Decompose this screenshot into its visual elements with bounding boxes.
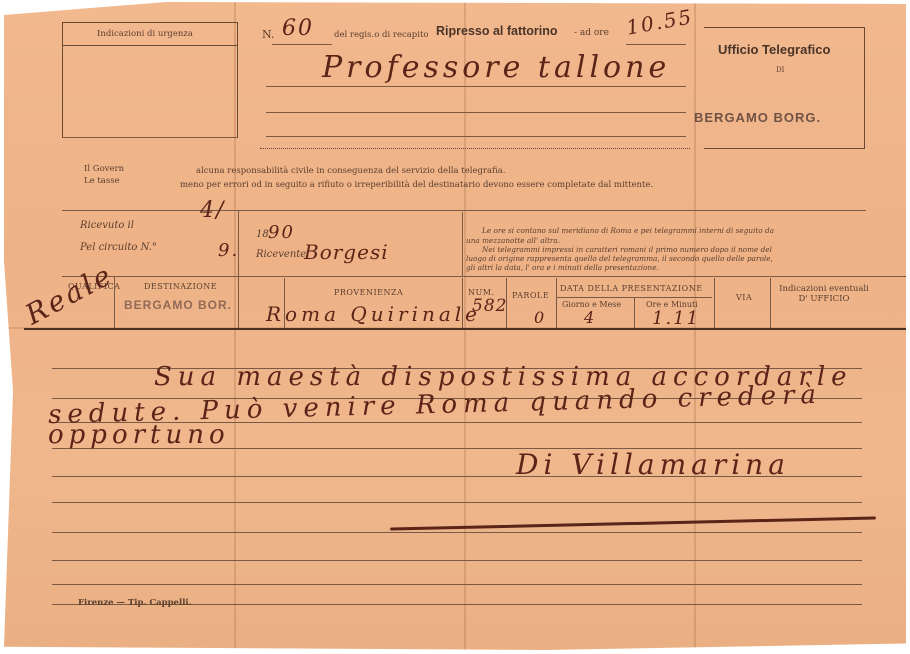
col-provenienza: PROVENIENZA: [334, 288, 403, 297]
col-via: VIA: [736, 293, 752, 302]
rule: [770, 278, 771, 328]
rule: [714, 278, 715, 328]
giorno-value: 4: [584, 308, 596, 327]
fold-line: [464, 2, 466, 650]
urgency-box: Indicazioni di urgenza: [62, 22, 238, 138]
rule: [626, 44, 686, 45]
message-line: [52, 502, 862, 503]
rule: [62, 137, 238, 138]
office-title: Ufficio Telegrafico: [718, 42, 830, 57]
message-line: [52, 532, 862, 533]
received-value: 4/: [200, 198, 225, 223]
col-destinazione: DESTINAZIONE: [144, 282, 217, 291]
provenienza-value: Roma Quirinale: [266, 302, 481, 326]
qualifica-value: Reale: [20, 258, 119, 332]
col-indicazioni: Indicazioni eventuali D' UFFICIO: [774, 284, 874, 304]
rule: [238, 276, 239, 328]
year-prefix: 18: [256, 229, 269, 240]
delivery-hour-label: - ad ore: [574, 28, 609, 38]
received-label: Ricevuto il: [80, 220, 134, 231]
rule: [506, 278, 507, 328]
rule: [62, 276, 910, 277]
rule: [24, 328, 910, 330]
delivery-label: Ripresso al fattorino: [436, 24, 558, 38]
address-line: [266, 136, 686, 137]
rule: [634, 297, 635, 328]
note-line: Nei telegrammi impressi in caratteri rom…: [482, 245, 772, 254]
rule: [462, 278, 463, 328]
receiver-value: Borgesi: [304, 240, 389, 264]
num-value: 582: [472, 296, 507, 316]
office-di: DI: [776, 66, 784, 74]
disclaimer-line1: alcuna responsabilità civile in consegue…: [196, 166, 506, 176]
rule: [462, 212, 463, 276]
perforation: [260, 148, 690, 150]
number-value: 60: [282, 16, 314, 41]
message-line: [52, 584, 862, 585]
signature: Di Villamarina: [516, 448, 790, 481]
rule: [62, 210, 866, 211]
disclaimer-line2: meno per errori od in seguito a rifiuto …: [180, 180, 653, 190]
delivery-hour-value: 10.55: [624, 4, 694, 39]
year-value: 90: [268, 222, 295, 243]
col-data: DATA DELLA PRESENTAZIONE: [560, 284, 703, 293]
parole-value: 0: [534, 308, 546, 327]
message-line: [52, 560, 862, 561]
ore-value: 1.11: [652, 308, 700, 329]
telegram-paper: Indicazioni di urgenza N. 60 del regis.o…: [4, 2, 906, 650]
col-parole: PAROLE: [512, 291, 549, 300]
circuit-value: 9.: [218, 240, 239, 261]
note-line: gli altri la data, l' ora e i minuti del…: [466, 263, 659, 272]
message-line-3: opportuno: [48, 420, 230, 450]
office-stamp: BERGAMO BORG.: [694, 110, 821, 125]
rule: [556, 278, 557, 328]
register-label: del regis.o di recapito: [334, 30, 429, 40]
address-line: [266, 86, 686, 87]
note-line: una mezzanotte all' altra.: [466, 236, 560, 245]
recipient-name: Professore tallone: [322, 50, 670, 85]
number-label: N.: [262, 28, 274, 41]
signature-flourish: [390, 516, 876, 530]
note-line: Le ore si contano sul meridiano di Roma …: [482, 226, 774, 235]
address-line: [266, 112, 686, 113]
rule: [272, 44, 332, 45]
urgency-label: Indicazioni di urgenza: [97, 29, 193, 39]
circuit-label: Pel circuito N.°: [80, 242, 157, 253]
disclaimer-line1-start: Il Govern: [84, 164, 124, 174]
disclaimer-line2-start: Le tasse: [84, 176, 120, 186]
note-line: luogo di origine rappresenta quello del …: [466, 254, 773, 263]
printer-imprint: Firenze — Tip. Cappelli.: [78, 598, 192, 608]
rule: [238, 210, 239, 278]
receiver-label: Ricevente: [256, 249, 306, 260]
destination-stamp: BERGAMO BOR.: [124, 298, 232, 312]
